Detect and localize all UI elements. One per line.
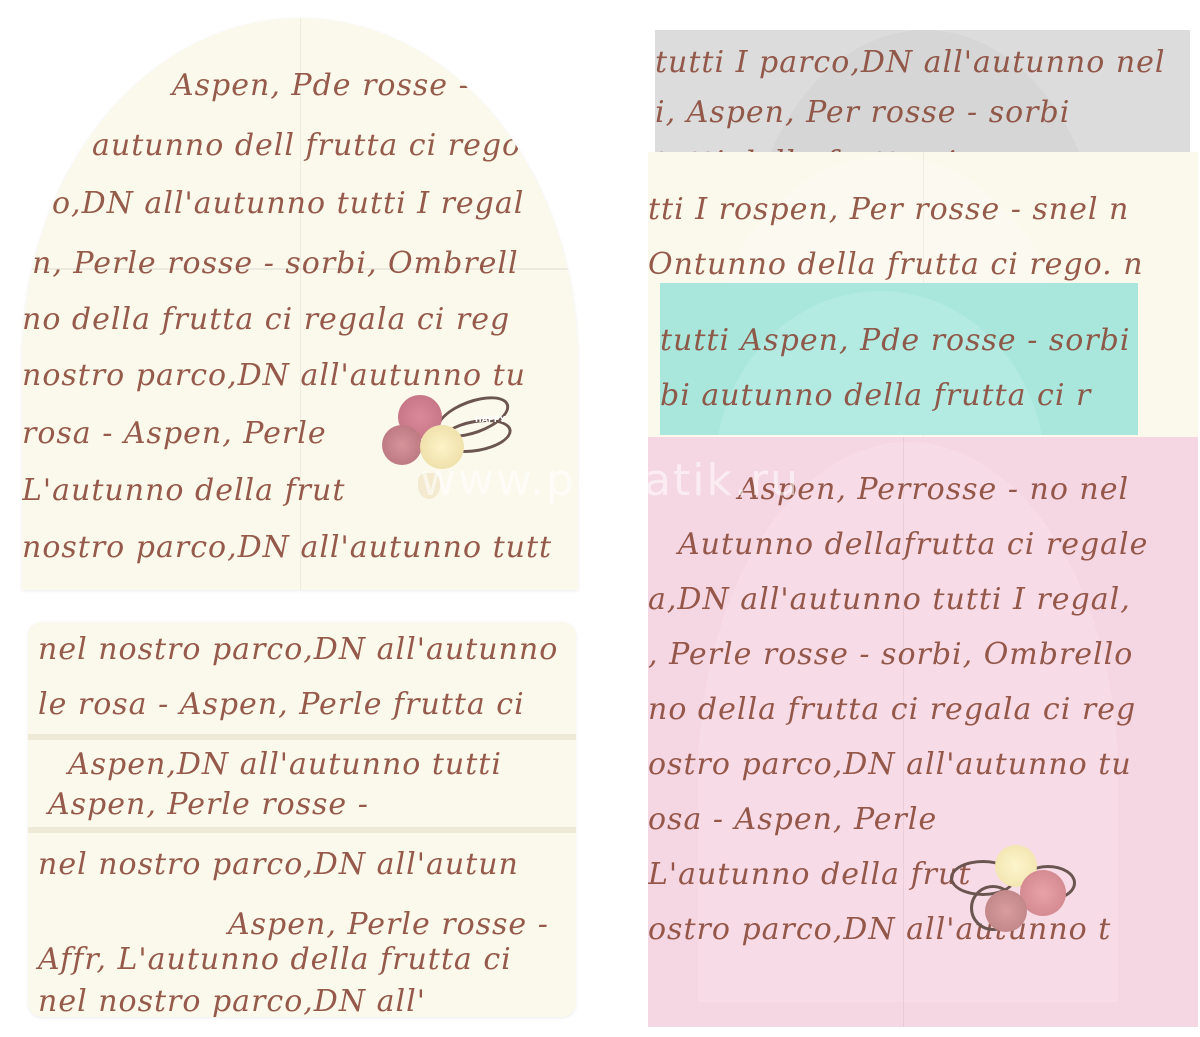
print-line: Ontunno della frutta ci rego. n [648,247,1198,282]
brand-tag: HAPPY [475,415,505,424]
print-line: Aspen, Perle rosse - [228,907,576,942]
print-line: , Perle rosse - sorbi, Ombrello [648,637,1198,672]
print-line: autunno dell frutta ci rego [92,128,578,163]
teal-beanie-hat: tutti Aspen, Pde rosse - sorbi bi autunn… [660,283,1138,435]
print-line: osa - Aspen, Perle [648,802,1198,837]
print-line: Aspen, Pde rosse - [172,68,578,103]
print-line: Aspen, Perrosse - no nel [738,472,1198,507]
watermark: www.polzatik.ru [420,455,800,506]
print-line: ostro parco,DN all'autunno tu [648,747,1198,782]
print-line: no della frutta ci regala ci reg [22,302,578,337]
print-line: a,DN all'autunno tutti I regal, [648,582,1198,617]
flower-brooch-pink [950,835,1080,945]
print-line: n, Perle rosse - sorbi, Ombrell [32,246,578,281]
print-line: tti I rospen, Per rosse - snel n [648,192,1198,227]
print-line: o,DN all'autunno tutti I regal [52,186,578,221]
print-line: i, Aspen, Per rosse - sorbi [655,95,1190,130]
print-line: bi autunno della frutta ci r [660,378,1138,413]
print-line: Aspen, Perle rosse - [48,787,576,822]
print-line: nostro parco,DN all'autunno tutt [22,530,578,565]
print-line: L'autunno della frut [648,857,1198,892]
print-line: Aspen,DN all'autunno tutti [68,747,576,782]
print-line: Affr, L'autunno della frutta ci [38,942,576,977]
print-line: ostro parco,DN all'autunno t [648,912,1198,947]
print-line: Autunno dellafrutta ci regale [678,527,1198,562]
print-line: tutti Aspen, Pde rosse - sorbi [660,323,1138,358]
print-line: tutti I parco,DN all'autunno nel [655,45,1190,80]
hat-cuff-fold [22,268,578,270]
print-line: nel nostro parco,DN all'autun [38,847,576,882]
print-line: le rosa - Aspen, Perle frutta ci [38,687,576,722]
rose-tulle-flower [382,425,422,465]
print-line: nel nostro parco,DN all'autunno [38,632,576,667]
print-line: no della frutta ci regala ci reg [648,692,1198,727]
cream-snood-scarf: nel nostro parco,DN all'autunno le rosa … [28,622,576,1017]
scarf-fold [28,827,576,833]
scarf-fold [28,734,576,740]
pink-beanie-hat: Aspen, Perrosse - no nel Autunno dellafr… [648,437,1198,1027]
hat-crown [715,291,1045,435]
print-line: nel nostro parco,DN all' [38,984,576,1017]
rose-tulle-flower [985,890,1027,932]
